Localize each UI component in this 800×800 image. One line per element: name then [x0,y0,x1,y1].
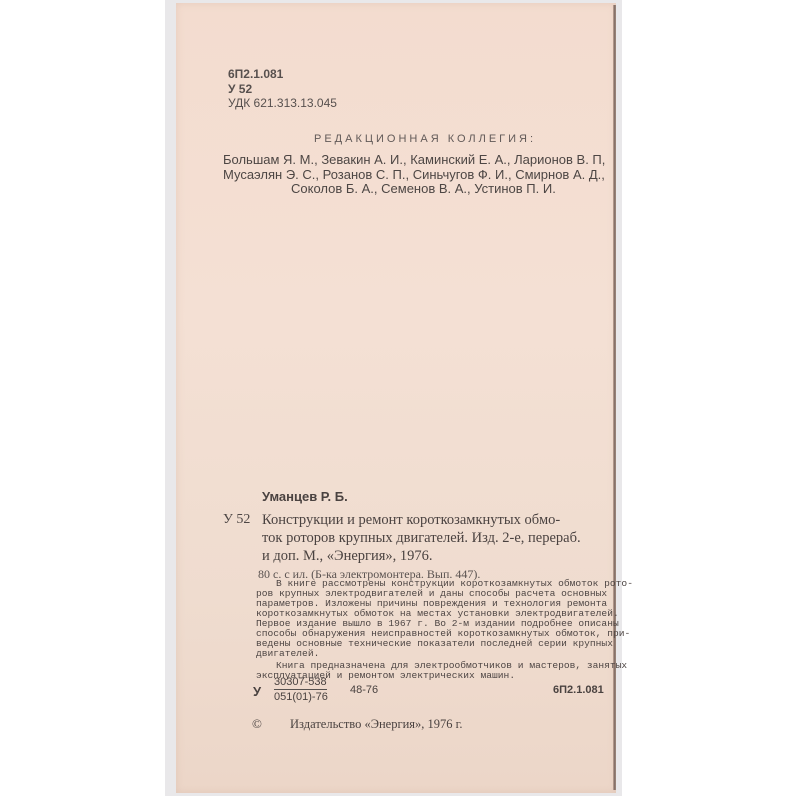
editorial-board-heading: РЕДАКЦИОННАЯ КОЛЛЕГИЯ: [314,133,536,145]
book-title-line: и доп. М., «Энергия», 1976. [262,548,433,565]
index-numerator: 30307-538 [274,676,327,690]
editorial-board-line: Соколов Б. А., Семенов В. А., Устинов П.… [291,181,556,196]
index-suffix: 48-76 [350,684,378,696]
book-title-line: Конструкции и ремонт короткозамкнутых об… [262,512,560,529]
editorial-board-line: Мусаэлян Э. С., Розанов С. П., Синьчугов… [223,167,605,182]
index-denominator: 051(01)-76 [274,691,328,703]
index-letter: У [253,684,261,699]
author-name: Уманцев Р. Б. [262,489,348,504]
book-title-line: ток роторов крупных двигателей. Изд. 2-е… [262,530,581,547]
shelf-code: У 52 [228,82,252,96]
editorial-board-line: Большам Я. М., Зевакин А. И., Каминский … [223,152,605,167]
copyright-icon: © [252,716,262,732]
bbk-code: 6П2.1.081 [228,67,283,81]
copyright-text: Издательство «Энергия», 1976 г. [290,717,463,732]
index-code: 6П2.1.081 [553,684,604,696]
abstract-line: двигателей. [256,648,319,659]
udc-code: УДК 621.313.13.045 [228,96,337,110]
page-spine-edge [613,5,616,790]
bibliography-shelf-code: У 52 [223,512,250,528]
